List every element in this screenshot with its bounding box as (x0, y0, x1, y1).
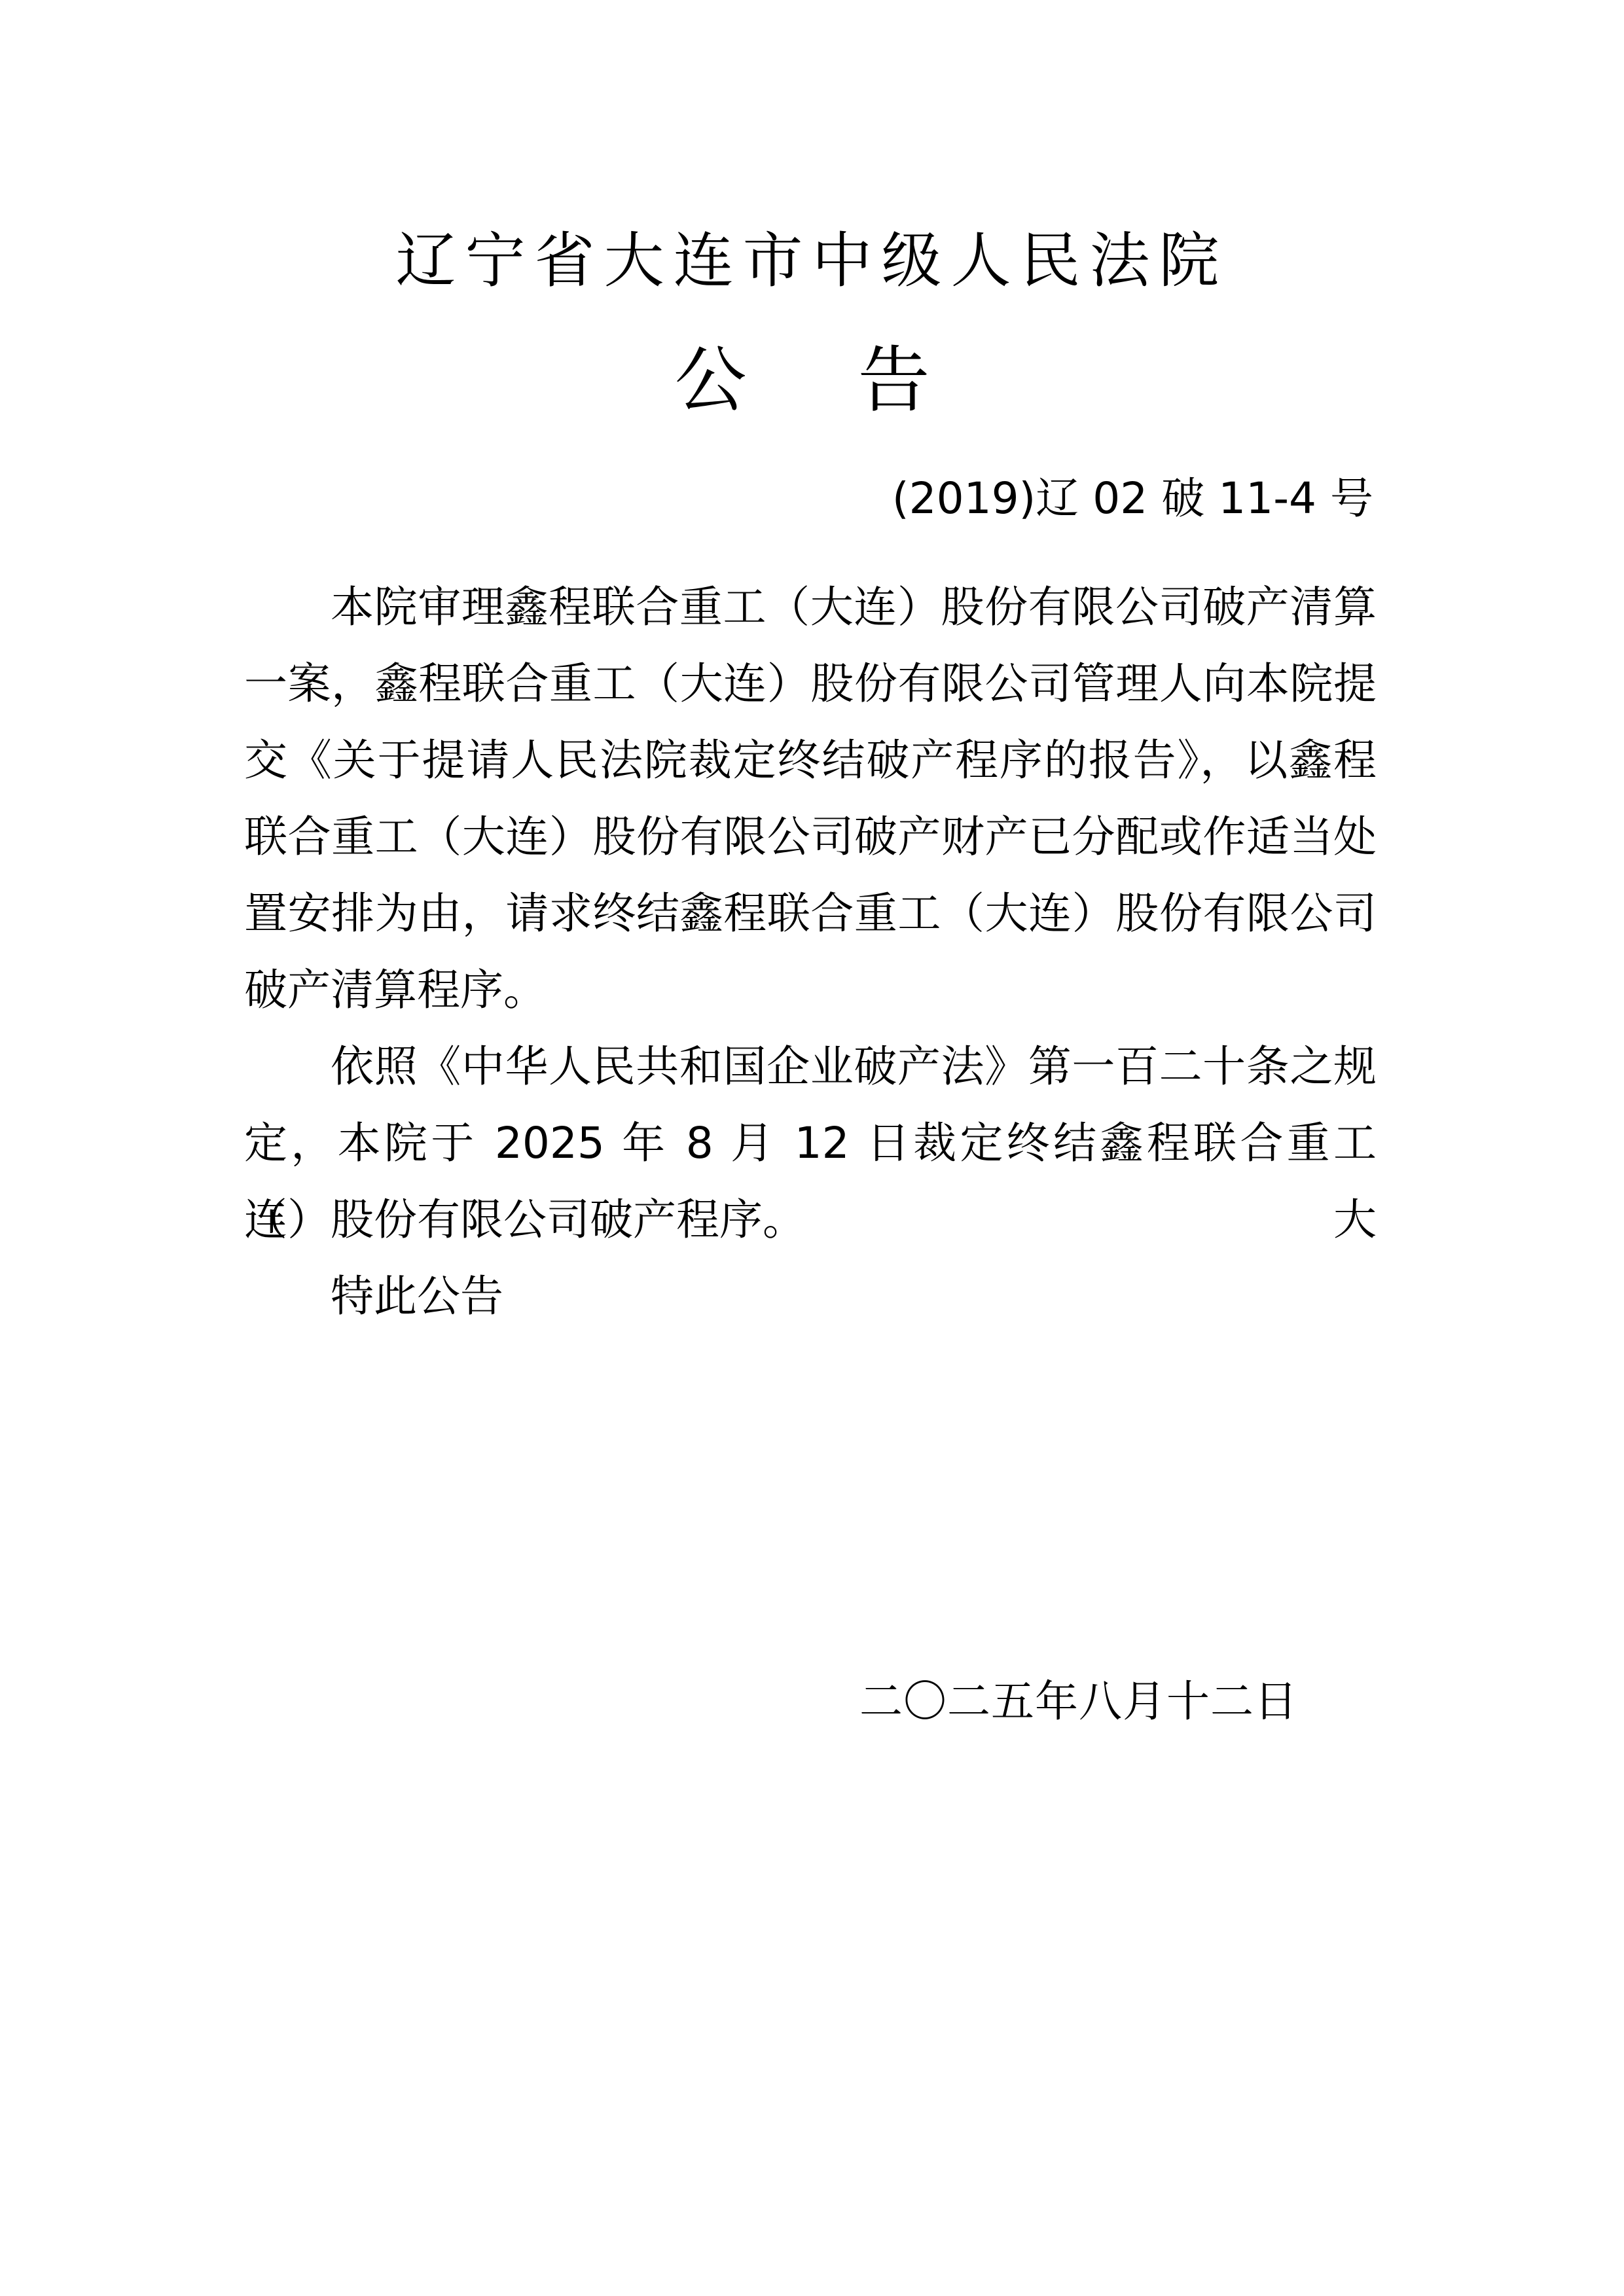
paragraph: 本院审理鑫程联合重工（大连）股份有限公司破产清算一案，鑫程联合重工（大连）股份有… (244, 569, 1377, 1028)
announcement-document-page: 辽宁省大连市中级人民法院 公 告 (2019)辽 02 破 11-4 号 本院审… (0, 0, 1624, 2296)
body-line: 特此公告 (244, 1258, 1377, 1335)
body-line: 交《关于提请人民法院裁定终结破产程序的报告》，以鑫程 (244, 722, 1377, 798)
court-name-heading: 辽宁省大连市中级人民法院 (0, 228, 1624, 294)
announcement-title: 公 告 (0, 337, 1624, 423)
body-line: 定，本院于 2025 年 8 月 12 日裁定终结鑫程联合重工（大 (244, 1105, 1377, 1181)
doc-date: 二〇二五年八月十二日 (859, 1663, 1298, 1740)
body-line: 一案，鑫程联合重工（大连）股份有限公司管理人向本院提 (244, 645, 1377, 722)
body-line: 置安排为由，请求终结鑫程联合重工（大连）股份有限公司 (244, 875, 1377, 952)
case-number: (2019)辽 02 破 11-4 号 (892, 473, 1373, 524)
body-line: 联合重工（大连）股份有限公司破产财产已分配或作适当处 (244, 798, 1377, 875)
body-line: 破产清算程序。 (244, 952, 1377, 1028)
doc-body: 本院审理鑫程联合重工（大连）股份有限公司破产清算一案，鑫程联合重工（大连）股份有… (244, 569, 1377, 1335)
body-line: 依照《中华人民共和国企业破产法》第一百二十条之规 (244, 1028, 1377, 1105)
paragraph: 特此公告 (244, 1258, 1377, 1335)
paragraph: 依照《中华人民共和国企业破产法》第一百二十条之规定，本院于 2025 年 8 月… (244, 1028, 1377, 1258)
body-line: 本院审理鑫程联合重工（大连）股份有限公司破产清算 (244, 569, 1377, 645)
